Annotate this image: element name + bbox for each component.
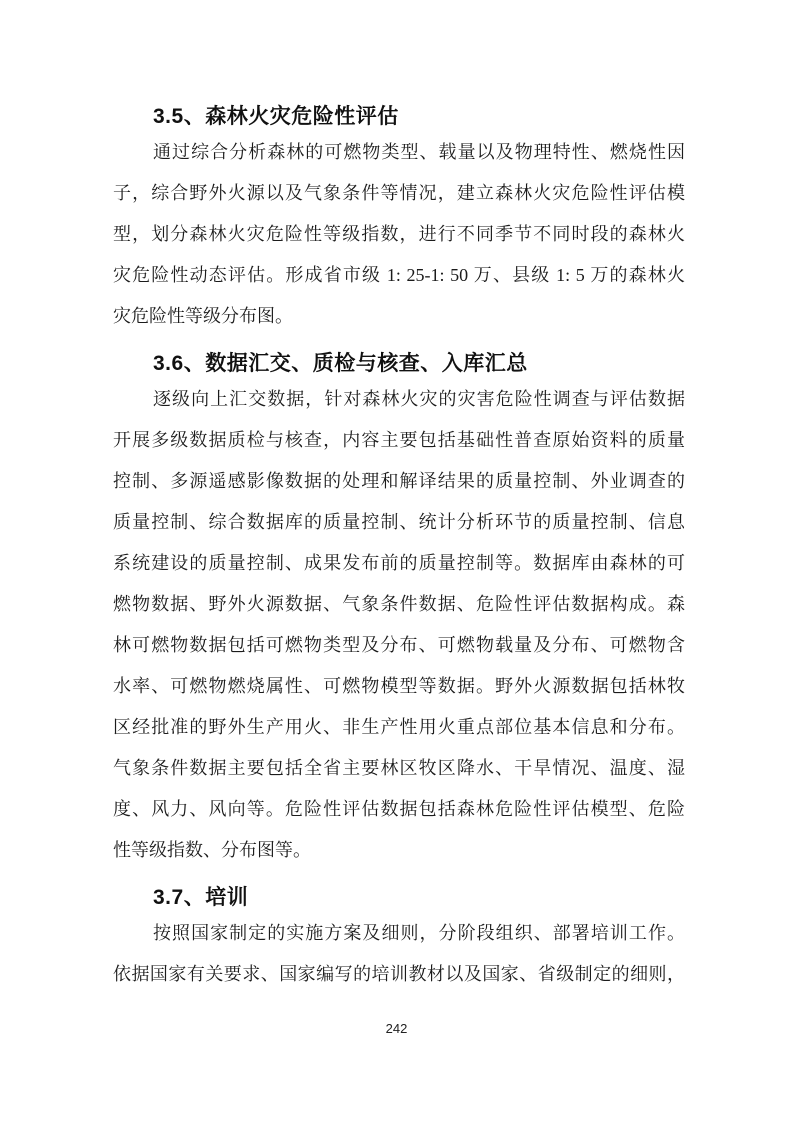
document-body: 3.5、森林火灾危险性评估通过综合分析森林的可燃物类型、载量以及物理特性、燃烧性…: [113, 102, 685, 995]
text-line: 灾危险性动态评估。形成省市级 1: 25-1: 50 万、县级 1: 5 万的森…: [113, 255, 685, 296]
section-heading: 3.7、培训: [113, 883, 685, 913]
document-page: 3.5、森林火灾危险性评估通过综合分析森林的可燃物类型、载量以及物理特性、燃烧性…: [0, 0, 793, 1122]
text-line: 通过综合分析森林的可燃物类型、载量以及物理特性、燃烧性因: [113, 132, 685, 173]
text-line: 灾危险性等级分布图。: [113, 296, 685, 337]
text-line: 质量控制、综合数据库的质量控制、统计分析环节的质量控制、信息: [113, 502, 685, 543]
text-line: 气象条件数据主要包括全省主要林区牧区降水、干旱情况、温度、湿: [113, 748, 685, 789]
page-number: 242: [386, 1021, 408, 1036]
document-section: 3.5、森林火灾危险性评估通过综合分析森林的可燃物类型、载量以及物理特性、燃烧性…: [113, 102, 685, 337]
text-line: 开展多级数据质检与核查，内容主要包括基础性普查原始资料的质量: [113, 420, 685, 461]
text-line: 型，划分森林火灾危险性等级指数，进行不同季节不同时段的森林火: [113, 214, 685, 255]
text-line: 林可燃物数据包括可燃物类型及分布、可燃物载量及分布、可燃物含: [113, 625, 685, 666]
section-heading: 3.5、森林火灾危险性评估: [113, 102, 685, 132]
text-line: 性等级指数、分布图等。: [113, 830, 685, 871]
text-line: 燃物数据、野外火源数据、气象条件数据、危险性评估数据构成。森: [113, 584, 685, 625]
text-line: 逐级向上汇交数据，针对森林火灾的灾害危险性调查与评估数据: [113, 379, 685, 420]
text-line: 区经批准的野外生产用火、非生产性用火重点部位基本信息和分布。: [113, 707, 685, 748]
text-line: 控制、多源遥感影像数据的处理和解译结果的质量控制、外业调查的: [113, 461, 685, 502]
page-footer: 242: [0, 1020, 793, 1038]
text-line: 度、风力、风向等。危险性评估数据包括森林危险性评估模型、危险: [113, 789, 685, 830]
document-section: 3.7、培训按照国家制定的实施方案及细则，分阶段组织、部署培训工作。依据国家有关…: [113, 883, 685, 995]
text-line: 系统建设的质量控制、成果发布前的质量控制等。数据库由森林的可: [113, 543, 685, 584]
text-line: 子，综合野外火源以及气象条件等情况，建立森林火灾危险性评估模: [113, 173, 685, 214]
text-line: 按照国家制定的实施方案及细则，分阶段组织、部署培训工作。: [113, 913, 685, 954]
section-heading: 3.6、数据汇交、质检与核查、入库汇总: [113, 349, 685, 379]
document-section: 3.6、数据汇交、质检与核查、入库汇总逐级向上汇交数据，针对森林火灾的灾害危险性…: [113, 349, 685, 871]
text-line: 依据国家有关要求、国家编写的培训教材以及国家、省级制定的细则，: [113, 954, 685, 995]
text-line: 水率、可燃物燃烧属性、可燃物模型等数据。野外火源数据包括林牧: [113, 666, 685, 707]
